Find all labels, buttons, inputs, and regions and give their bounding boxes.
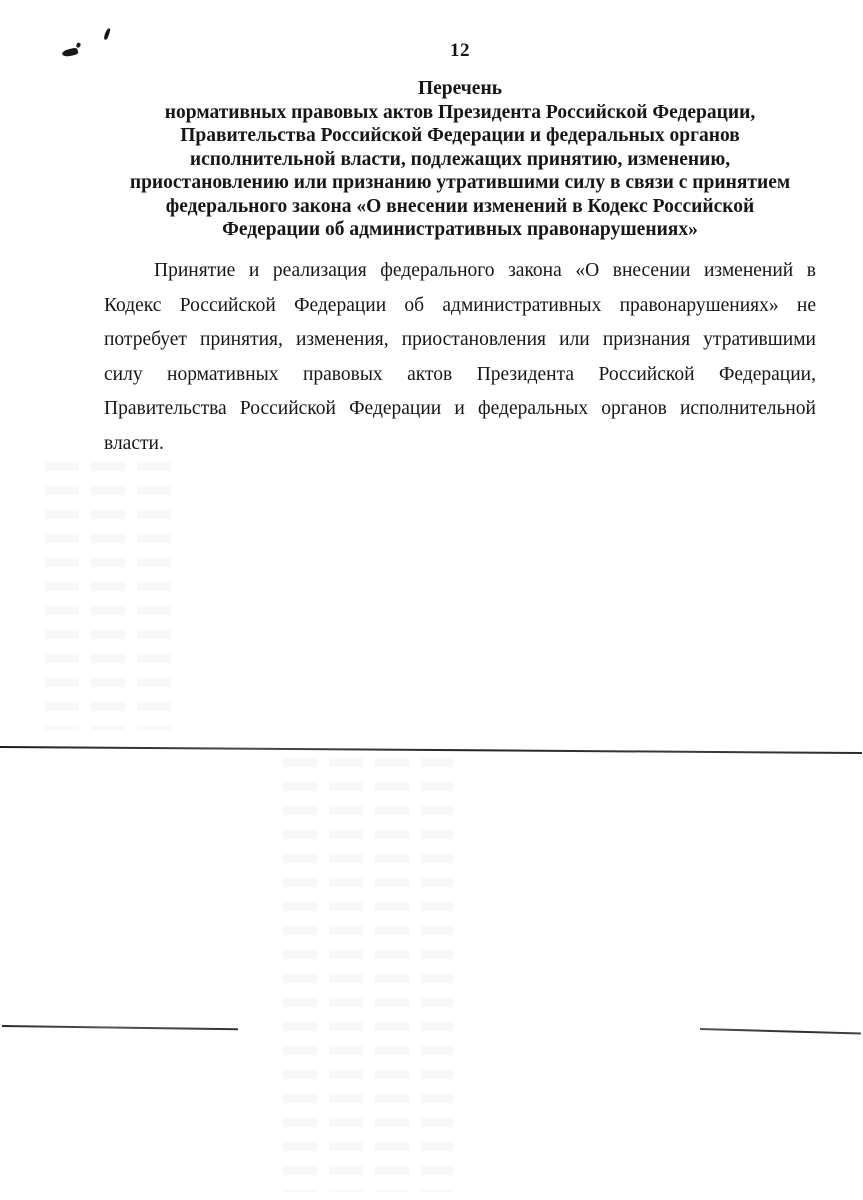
title-line: приостановлению или признанию утратившим… — [104, 171, 816, 195]
body-line: Принятие и реализация федерального закон… — [104, 254, 816, 289]
title-line: нормативных правовых актов Президента Ро… — [104, 101, 816, 125]
body-line: Правительства Российской Федерации и фед… — [104, 392, 816, 427]
body-line: силу нормативных правовых актов Президен… — [104, 358, 816, 393]
horizontal-rule-bottom-left — [2, 1025, 238, 1030]
bleed-through-texture-middle — [283, 758, 453, 1192]
title-line: исполнительной власти, подлежащих принят… — [104, 148, 816, 172]
title-line: Перечень — [104, 77, 816, 101]
body-line: Кодекс Российской Федерации об администр… — [104, 289, 816, 324]
title-line: Федерации об административных правонаруш… — [104, 218, 816, 242]
horizontal-rule-long — [0, 746, 862, 754]
title-line: федерального закона «О внесении изменени… — [104, 195, 816, 219]
ink-tick-mark — [103, 28, 111, 41]
ink-smudge-mark — [61, 47, 78, 58]
bleed-through-texture-left — [45, 462, 177, 730]
document-title: Перечень нормативных правовых актов През… — [104, 77, 816, 242]
scanned-document-page: 12 Перечень нормативных правовых актов П… — [0, 0, 863, 1200]
horizontal-rule-bottom-right — [700, 1028, 861, 1034]
body-paragraph: Принятие и реализация федерального закон… — [104, 254, 816, 462]
title-line: Правительства Российской Федерации и фед… — [104, 124, 816, 148]
body-line: власти. — [104, 427, 816, 462]
body-line: потребует принятия, изменения, приостано… — [104, 323, 816, 358]
page-number: 12 — [106, 40, 814, 62]
